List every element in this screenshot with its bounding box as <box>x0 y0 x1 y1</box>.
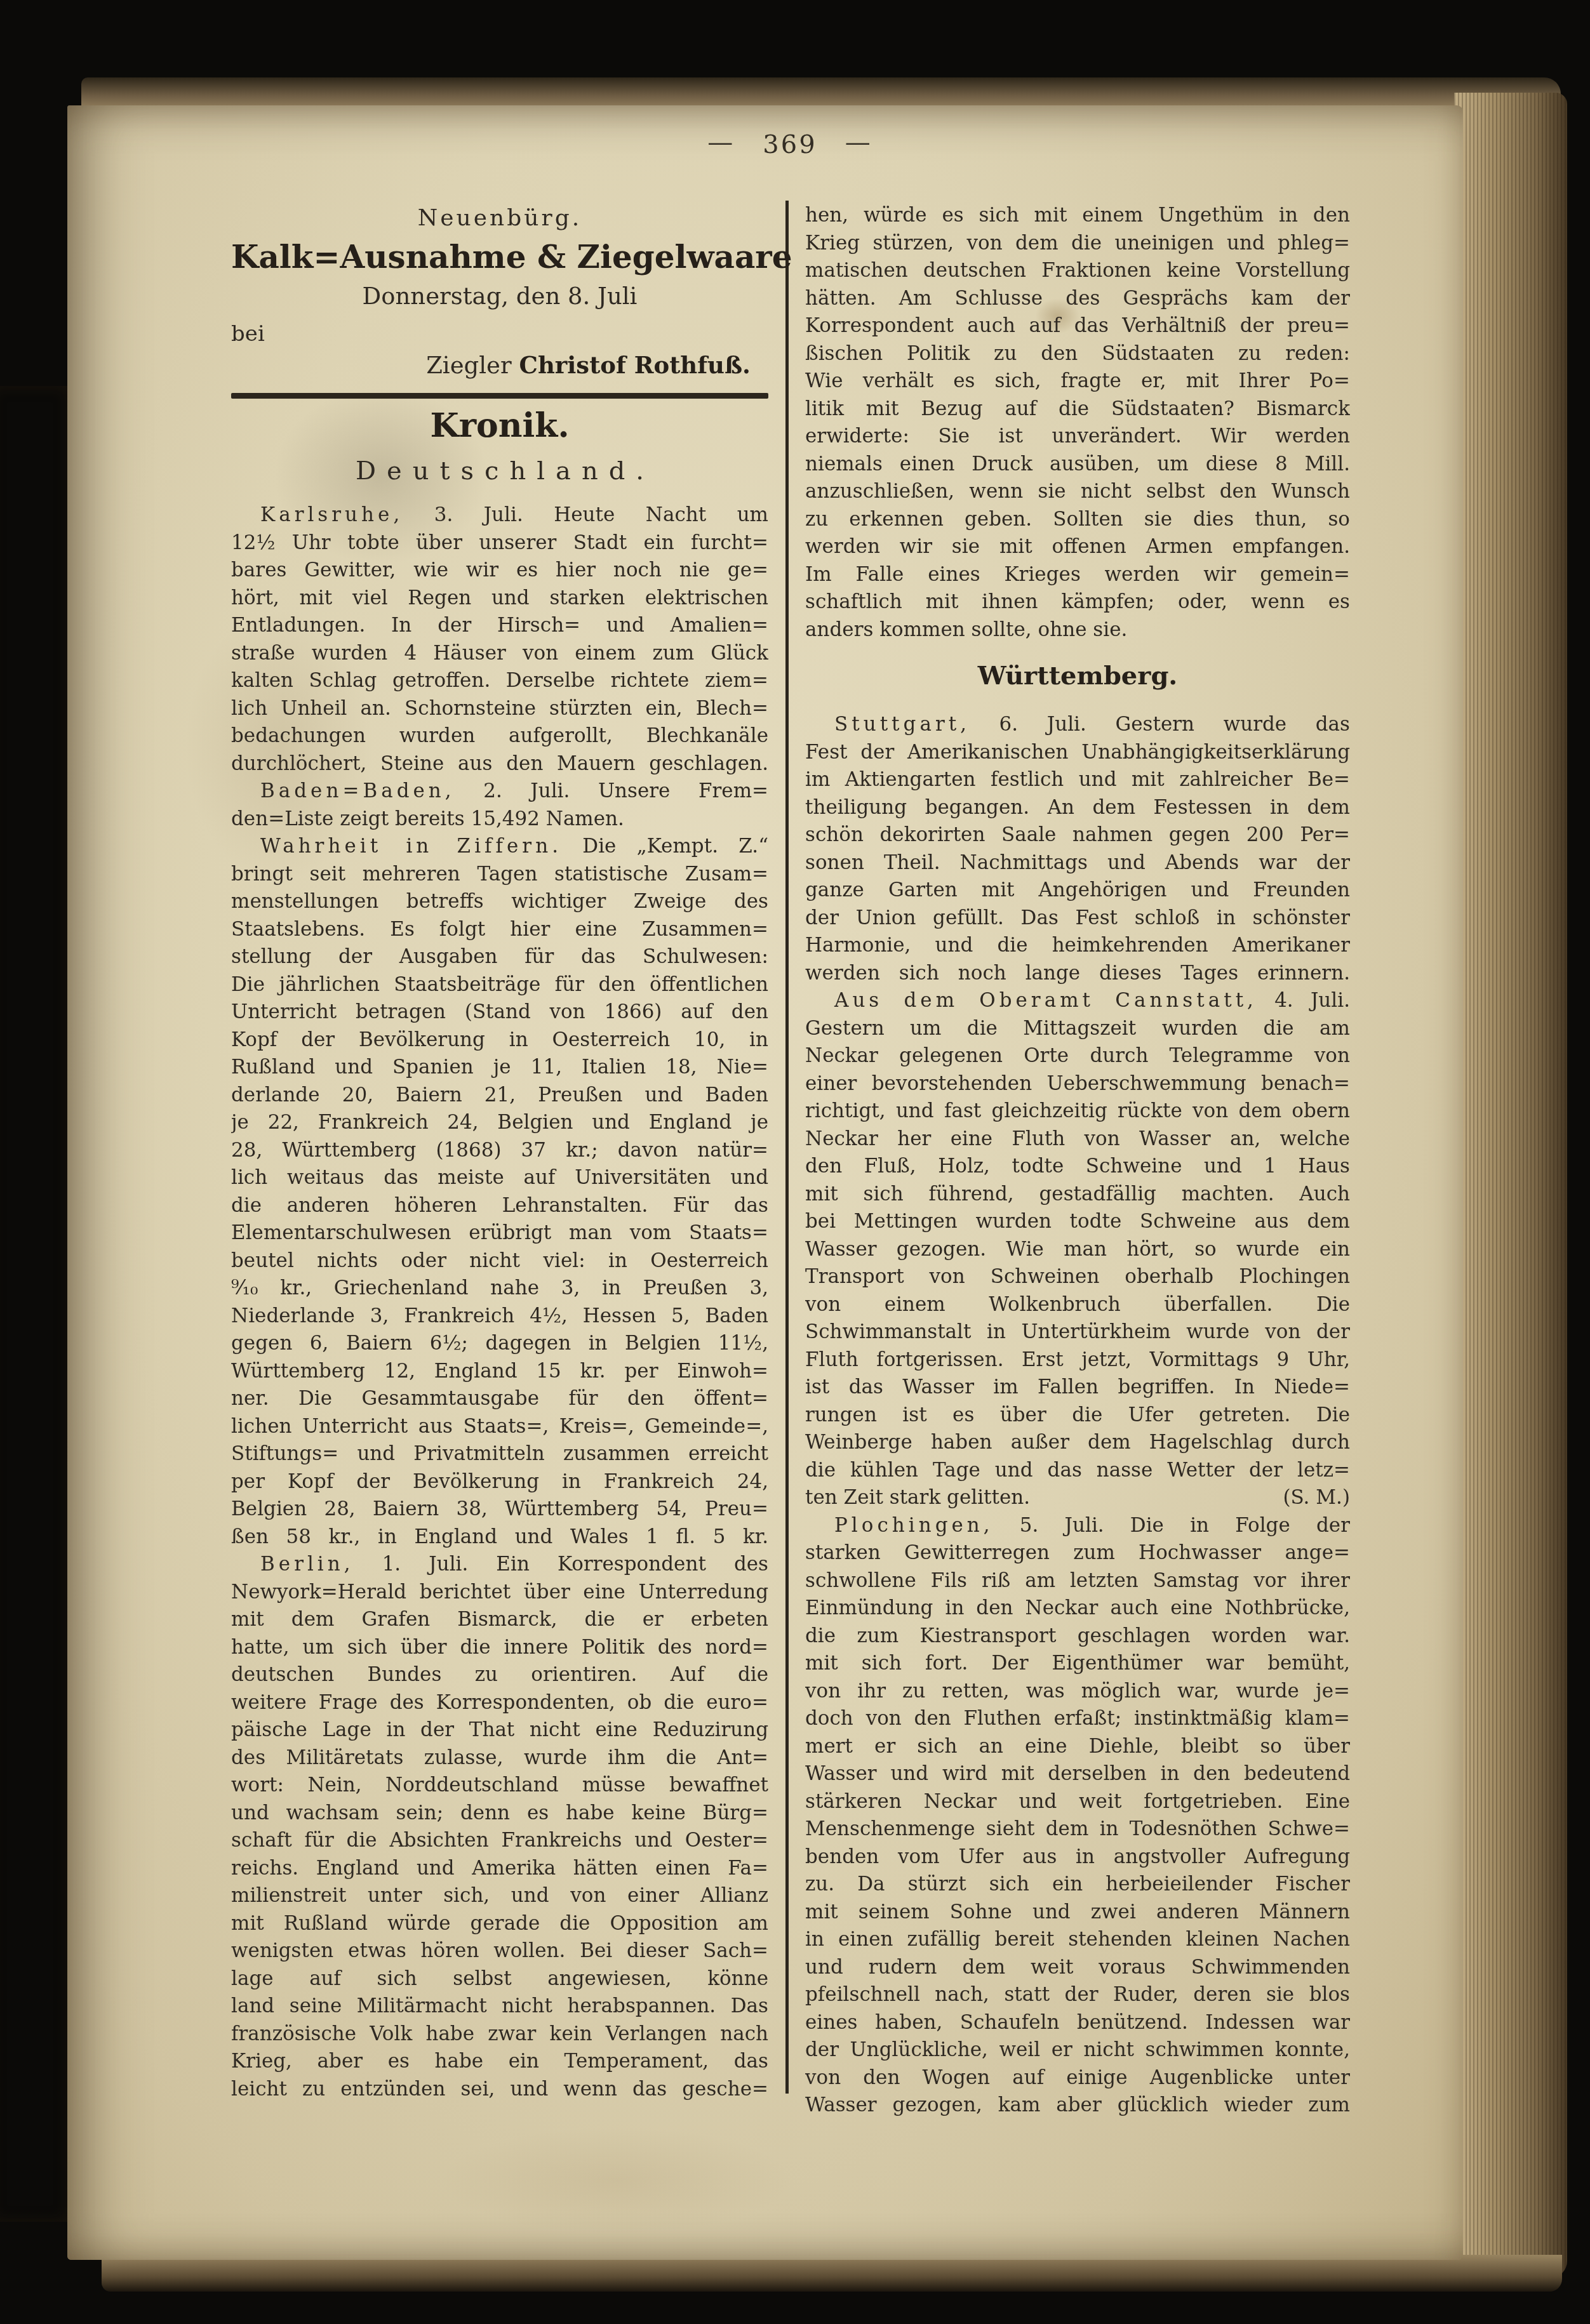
text-line: Württemberg 12, England 15 kr. per Einwo… <box>231 1358 768 1386</box>
text-line: des Militäretats zulasse, wurde ihm die … <box>231 1744 768 1772</box>
left-column-body: Karlsruhe, 3. Juli. Heute Nacht um12½ Uh… <box>231 501 768 2103</box>
text-line: Kopf der Bevölkerung in Oesterreich 10, … <box>231 1026 768 1054</box>
text-line: Staatslebens. Es folgt hier eine Zusamme… <box>231 916 768 944</box>
paragraph: Berlin, 1. Juli. Ein Korrespondent desNe… <box>231 1551 768 2103</box>
text-line: durchlöchert, Steine aus den Mauern gesc… <box>231 750 768 778</box>
text-line: werden wir sie mit offenen Armen empfang… <box>805 533 1350 561</box>
source-credit: (S. M.) <box>1283 1484 1350 1512</box>
paragraph-lead: Plochingen, <box>834 1514 994 1537</box>
text-line: werden sich noch lange dieses Tages erin… <box>805 960 1350 988</box>
text-line: Niederlande 3, Frankreich 4½, Hessen 5, … <box>231 1303 768 1331</box>
text-line: schwollene Fils riß am letzten Samstag v… <box>805 1567 1350 1595</box>
text-line: lichen Unterricht aus Staats=, Kreis=, G… <box>231 1413 768 1441</box>
text-line: Menschenmenge sieht dem in Todesnöthen S… <box>805 1816 1350 1843</box>
paragraph-lead: Karlsruhe, <box>260 503 403 526</box>
text-line: schaft für die Absichten Frankreichs und… <box>231 1827 768 1855</box>
text-line: wort: Nein, Norddeutschland müsse bewaff… <box>231 1772 768 1800</box>
text-line: mit Rußland würde gerade die Opposition … <box>231 1910 768 1938</box>
text-line: land seine Militärmacht nicht herabspann… <box>231 1993 768 2021</box>
text-line: rungen ist es über die Ufer getreten. Di… <box>805 1402 1350 1430</box>
text-line: bringt seit mehreren Tagen statistische … <box>231 861 768 889</box>
section-rule <box>231 393 768 399</box>
page-number-dash-right: — <box>845 127 872 157</box>
text-line: derlande 20, Baiern 21, Preußen und Bade… <box>231 1082 768 1110</box>
text-line: Wasser gezogen. Wie man hört, so wurde e… <box>805 1236 1350 1264</box>
text-line: Krieg, aber es habe ein Temperament, das <box>231 2048 768 2076</box>
text-line: anders kommen sollte, ohne sie. <box>805 616 1350 644</box>
text-line: erwiderte: Sie ist unverändert. Wir werd… <box>805 423 1350 451</box>
text-line: den Fluß, Holz, todte Schweine und 1 Hau… <box>805 1153 1350 1181</box>
text-line: Wasser und wird mit derselben in den bed… <box>805 1760 1350 1788</box>
page-number-dash-left: — <box>707 127 735 157</box>
ad-date-line: Donnerstag, den 8. Juli <box>231 281 768 312</box>
text-line: päische Lage in der That nicht eine Redu… <box>231 1716 768 1744</box>
text-line: ist das Wasser im Fallen begriffen. In N… <box>805 1374 1350 1402</box>
text-line: per Kopf der Bevölkerung in Frankreich 2… <box>231 1468 768 1496</box>
text-line: beutel nichts oder nicht viel: in Oester… <box>231 1247 768 1275</box>
text-line: Stiftungs= und Privatmitteln zusammen er… <box>231 1440 768 1468</box>
text-line: Entladungen. In der Hirsch= und Amalien= <box>231 612 768 640</box>
book-bottom-edge <box>102 2255 1562 2292</box>
text-line: hört, mit viel Regen und starken elektri… <box>231 585 768 613</box>
paragraph: Stuttgart, 6. Juli. Gestern wurde dasFes… <box>805 711 1350 987</box>
ad-title: Kalk=Ausnahme & Ziegelwaare <box>231 237 768 277</box>
text-line: mit sich fort. Der Eigenthümer war bemüh… <box>805 1650 1350 1678</box>
page-number: —369— <box>231 129 1349 160</box>
ad-signature-role: Ziegler <box>426 352 512 379</box>
text-line: bei Mettingen wurden todte Schweine aus … <box>805 1208 1350 1236</box>
text-line: richtigt, und fast gleichzeitig rückte v… <box>805 1098 1350 1125</box>
text-line: Fluth fortgerissen. Erst jetzt, Vormitta… <box>805 1346 1350 1374</box>
text-line: Wasser gezogen, kam aber glücklich wiede… <box>805 2092 1350 2120</box>
country-heading: Deutschland. <box>231 455 768 488</box>
text-line: straße wurden 4 Häuser von einem zum Glü… <box>231 640 768 668</box>
text-line: milienstreit unter sich, und von einer A… <box>231 1882 768 1910</box>
text-line: reichs. England und Amerika hätten einen… <box>231 1855 768 1883</box>
text-line: hen, würde es sich mit einem Ungethüm in… <box>805 202 1350 230</box>
paragraph-lead: Aus dem Oberamt Cannstatt, <box>834 989 1257 1012</box>
text-line: einer bevorstehenden Ueberschwemmung ben… <box>805 1070 1350 1098</box>
text-line: Fest der Amerikanischen Unabhängigkeitse… <box>805 739 1350 767</box>
text-line: pfeilschnell nach, statt der Ruder, dere… <box>805 1981 1350 2009</box>
text-line: Plochingen, 5. Juli. Die in Folge der <box>805 1512 1350 1540</box>
text-line: Wie verhält es sich, fragte er, mit Ihre… <box>805 368 1350 395</box>
text-line: theiligung begangen. An dem Festessen in… <box>805 794 1350 822</box>
text-line: bedachungen wurden aufgerollt, Blechkanä… <box>231 722 768 750</box>
text-line: mert er sich an eine Diehle, bleibt so ü… <box>805 1733 1350 1761</box>
text-line: mit sich führend, gestadfällig machten. … <box>805 1181 1350 1209</box>
text-line: bares Gewitter, wie wir es hier noch nie… <box>231 557 768 585</box>
ad-location: Neuenbürg. <box>231 204 768 232</box>
text-line: den=Liste zeigt bereits 15,492 Namen. <box>231 806 768 833</box>
column-divider <box>785 201 789 2094</box>
book-photo: —369— Neuenbürg. Kalk=Ausnahme & Ziegelw… <box>0 0 1590 2324</box>
text-line: Weinberge haben außer dem Hagelschlag du… <box>805 1429 1350 1457</box>
text-line: mit dem Grafen Bismarck, die er erbeten <box>231 1606 768 1634</box>
text-line: ner. Die Gesammtausgabe für den öffent= <box>231 1385 768 1413</box>
text-line: Stuttgart, 6. Juli. Gestern wurde das <box>805 711 1350 739</box>
chronicle-title: Kronik. <box>231 406 768 446</box>
text-line: ⁹⁄₁₀ kr., Griechenland nahe 3, in Preuße… <box>231 1275 768 1303</box>
text-line: Neckar gelegenen Orte durch Telegramme v… <box>805 1042 1350 1070</box>
text-line: eines haben, Schaufeln benützend. Indess… <box>805 2009 1350 2037</box>
left-column: Neuenbürg. Kalk=Ausnahme & Ziegelwaare D… <box>231 196 768 2103</box>
text-line: ßischen Politik zu den Südstaaten zu red… <box>805 340 1350 368</box>
book-fore-edge <box>1454 93 1567 2278</box>
text-line-left: ten Zeit stark gelitten. <box>805 1484 1030 1512</box>
paragraph: Baden=Baden, 2. Juli. Unsere Frem=den=Li… <box>231 778 768 833</box>
right-column-body: hen, würde es sich mit einem Ungethüm in… <box>805 202 1350 2120</box>
text-line: Gestern um die Mittagszeit wurden die am <box>805 1015 1350 1043</box>
text-line: Transport von Schweinen oberhalb Plochin… <box>805 1263 1350 1291</box>
text-line: hätten. Am Schlusse des Gesprächs kam de… <box>805 285 1350 313</box>
text-line: von den Wogen auf einige Augenblicke unt… <box>805 2064 1350 2092</box>
text-line: stärkeren Neckar und weit fortgetrieben.… <box>805 1788 1350 1816</box>
text-line: und wachsam sein; denn es habe keine Bür… <box>231 1800 768 1828</box>
paragraph-lead: Stuttgart, <box>834 713 970 736</box>
text-line: doch von den Fluthen erfaßt; instinktmäß… <box>805 1705 1350 1733</box>
text-line: Die jährlichen Staatsbeiträge für den öf… <box>231 971 768 999</box>
text-line: deutschen Bundes zu orientiren. Auf die <box>231 1661 768 1689</box>
text-line: 28, Württemberg (1868) 37 kr.; davon nat… <box>231 1137 768 1165</box>
text-line: Korrespondent auch auf das Verhältniß de… <box>805 312 1350 340</box>
text-line: ßen 58 kr., in England und Wales 1 fl. 5… <box>231 1524 768 1551</box>
text-line: wenigsten etwas hören wollen. Bei dieser… <box>231 1937 768 1965</box>
page-number-value: 369 <box>763 130 817 159</box>
right-column: hen, würde es sich mit einem Ungethüm in… <box>805 202 1350 2120</box>
text-line: 12½ Uhr tobte über unserer Stadt ein fur… <box>231 529 768 557</box>
text-line: und rudern dem weit voraus Schwimmenden <box>805 1954 1350 1982</box>
text-line: Elementarschulwesen erübrigt man vom Sta… <box>231 1219 768 1247</box>
facing-page-edge <box>0 386 77 2222</box>
text-line: sonen Theil. Nachmittags und Abends war … <box>805 849 1350 877</box>
text-line: zu erkennen geben. Sollten sie dies thun… <box>805 506 1350 534</box>
text-line: ganze Garten mit Angehörigen und Freunde… <box>805 877 1350 905</box>
text-line: in einen zufällig bereit stehenden klein… <box>805 1926 1350 1954</box>
text-line: matischen deutschen Fraktionen keine Vor… <box>805 257 1350 285</box>
text-line: ten Zeit stark gelitten.(S. M.) <box>805 1484 1350 1512</box>
region-heading: Württemberg. <box>805 660 1350 692</box>
text-line: von einem Wolkenbruch überfallen. Die <box>805 1291 1350 1319</box>
text-line: Newyork=Herald berichtet über eine Unter… <box>231 1579 768 1607</box>
text-line: Rußland und Spanien je 11, Italien 18, N… <box>231 1054 768 1082</box>
text-line: litik mit Bezug auf die Südstaaten? Bism… <box>805 395 1350 423</box>
paragraph-lead: Baden=Baden, <box>260 780 455 802</box>
paragraph-lead: Berlin, <box>260 1553 354 1576</box>
text-line: Krieg stürzen, von dem die uneinigen und… <box>805 230 1350 258</box>
text-line: hatte, um sich über die innere Politik d… <box>231 1634 768 1662</box>
paragraph: Aus dem Oberamt Cannstatt, 4. Juli.Geste… <box>805 987 1350 1512</box>
text-line: weitere Frage des Korrespondenten, ob di… <box>231 1689 768 1717</box>
text-line: der Unglückliche, weil er nicht schwimme… <box>805 2036 1350 2064</box>
text-line: die zum Kiestransport geschlagen worden … <box>805 1623 1350 1650</box>
ad-signature-name: Christof Rothfuß. <box>519 351 751 379</box>
text-line: schaftlich mit ihnen kämpfen; oder, wenn… <box>805 588 1350 616</box>
text-line: lage auf sich selbst angewiesen, könne N… <box>231 1965 768 1993</box>
text-line: niemals einen Druck ausüben, um diese 8 … <box>805 451 1350 479</box>
text-line: anzuschließen, wenn sie nicht selbst den… <box>805 478 1350 506</box>
text-line: im Aktiengarten festlich und mit zahlrei… <box>805 766 1350 794</box>
paragraph: Karlsruhe, 3. Juli. Heute Nacht um12½ Uh… <box>231 501 768 778</box>
text-line: kalten Schlag getroffen. Derselbe richte… <box>231 667 768 695</box>
text-line: Einmündung in den Neckar auch eine Nothb… <box>805 1595 1350 1623</box>
text-line: lich weitaus das meiste auf Universitäte… <box>231 1164 768 1192</box>
text-line: die anderen höheren Lehranstalten. Für d… <box>231 1192 768 1220</box>
text-line: je 22, Frankreich 24, Belgien und Englan… <box>231 1109 768 1137</box>
text-line: schön dekorirten Saale nahmen gegen 200 … <box>805 821 1350 849</box>
text-line: benden vom Ufer aus in angstvoller Aufre… <box>805 1843 1350 1871</box>
text-line: Berlin, 1. Juli. Ein Korrespondent des <box>231 1551 768 1579</box>
text-line: von ihr zu retten, was möglich war, wurd… <box>805 1678 1350 1706</box>
paragraph: Plochingen, 5. Juli. Die in Folge dersta… <box>805 1512 1350 2120</box>
text-line: stellung der Ausgaben für das Schulwesen… <box>231 943 768 971</box>
ad-signature: Ziegler Christof Rothfuß. <box>231 350 768 380</box>
text-line: lich Unheil an. Schornsteine stürzten ei… <box>231 695 768 723</box>
paragraph: hen, würde es sich mit einem Ungethüm in… <box>805 202 1350 644</box>
text-line: Schwimmanstalt in Untertürkheim wurde vo… <box>805 1318 1350 1346</box>
text-line: Aus dem Oberamt Cannstatt, 4. Juli. <box>805 987 1350 1015</box>
text-line: Wahrheit in Ziffern. Die „Kempt. Z.“ <box>231 833 768 861</box>
text-line: Unterricht betragen (Stand von 1866) auf… <box>231 999 768 1026</box>
text-line: mit seinem Sohne und zwei anderen Männer… <box>805 1899 1350 1927</box>
paragraph-lead: Wahrheit in Ziffern. <box>260 835 562 858</box>
text-line: Neckar her eine Fluth von Wasser an, wel… <box>805 1125 1350 1153</box>
text-line: französische Volk habe zwar kein Verlang… <box>231 2021 768 2048</box>
text-line: starken Gewitterregen zum Hochwasser ang… <box>805 1539 1350 1567</box>
text-line: der Union gefüllt. Das Fest schloß in sc… <box>805 905 1350 933</box>
text-line: zu. Da stürzt sich ein herbeieilender Fi… <box>805 1871 1350 1899</box>
text-line: Karlsruhe, 3. Juli. Heute Nacht um <box>231 501 768 529</box>
ad-preposition: bei <box>231 321 768 347</box>
text-line: Belgien 28, Baiern 38, Württemberg 54, P… <box>231 1496 768 1524</box>
text-line: die kühlen Tage und das nasse Wetter der… <box>805 1457 1350 1485</box>
text-line: leicht zu entzünden sei, und wenn das ge… <box>231 2076 768 2104</box>
text-line: Im Falle eines Krieges werden wir gemein… <box>805 561 1350 589</box>
text-line: gegen 6, Baiern 6½; dagegen in Belgien 1… <box>231 1330 768 1358</box>
paragraph: Wahrheit in Ziffern. Die „Kempt. Z.“brin… <box>231 833 768 1551</box>
text-line: menstellungen betreffs wichtiger Zweige … <box>231 888 768 916</box>
text-line: Baden=Baden, 2. Juli. Unsere Frem= <box>231 778 768 806</box>
text-line: Harmonie, und die heimkehrenden Amerikan… <box>805 932 1350 960</box>
